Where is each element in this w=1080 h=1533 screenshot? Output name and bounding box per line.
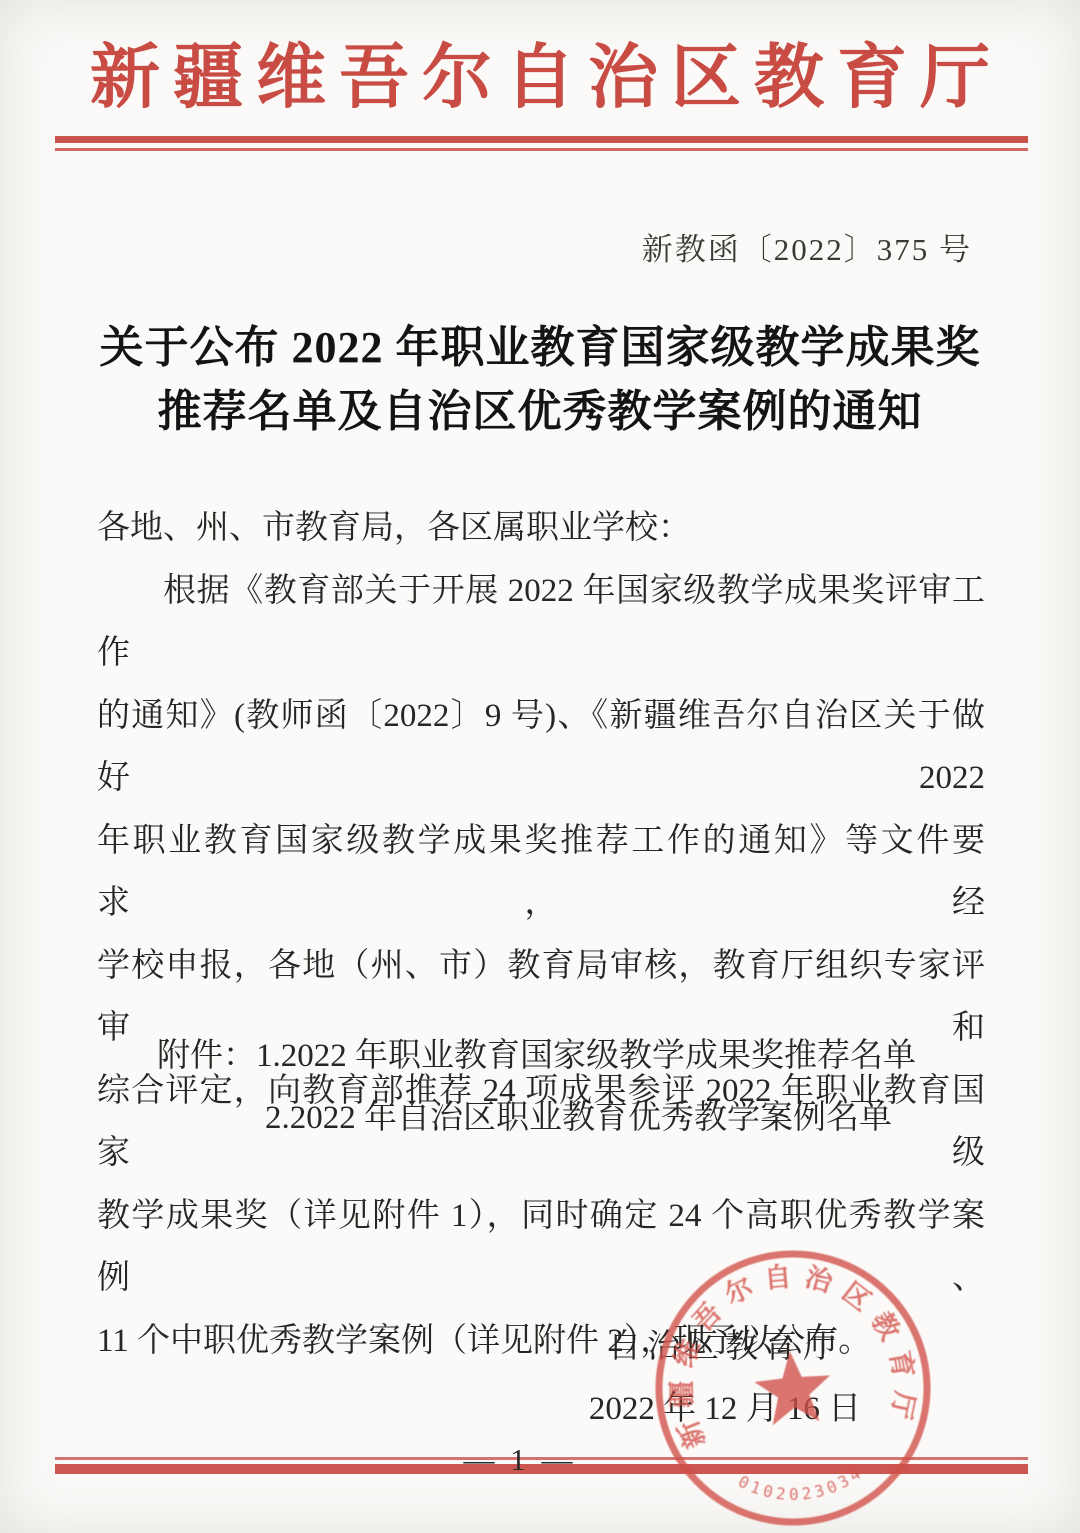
body-line: 根据《教育部关于开展 2022 年国家级教学成果奖评审工作 xyxy=(97,560,985,685)
body-line: 的通知》(教师函〔2022〕9 号)、《新疆维吾尔自治区关于做好 2022 xyxy=(97,685,985,810)
body-line: 教学成果奖（详见附件 1），同时确定 24 个高职优秀教学案例、 xyxy=(97,1185,985,1310)
letterhead-org-name: 新疆维吾尔自治区教育厅 xyxy=(0,38,1080,120)
attachment-item-2: 2.2022 年自治区职业教育优秀教学案例名单 xyxy=(265,1087,892,1149)
document-page: 新疆维吾尔自治区教育厅 新教函〔2022〕375 号 关于公布 2022 年职业… xyxy=(0,0,1080,1533)
attachments-label: 附件： xyxy=(97,1025,256,1087)
salutation-line: 各地、州、市教育局，各区属职业学校： xyxy=(97,497,985,560)
attachments-block: 附件： 1.2022 年职业教育国家级教学成果奖推荐名单 2.2022 年自治区… xyxy=(97,1025,985,1149)
letterhead-rule-thin xyxy=(55,148,1028,151)
attachment-item-1: 1.2022 年职业教育国家级教学成果奖推荐名单 xyxy=(256,1025,916,1087)
signature-block: 自治区教育厅 2022 年 12 月 16 日 xyxy=(540,1316,910,1440)
letterhead-rule-thick xyxy=(55,136,1028,143)
document-number: 新教函〔2022〕375 号 xyxy=(642,224,972,269)
document-title-line1: 关于公布 2022 年职业教育国家级教学成果奖 xyxy=(100,323,981,372)
body-line: 年职业教育国家级教学成果奖推荐工作的通知》等文件要求，经 xyxy=(97,810,985,935)
signature-date: 2022 年 12 月 16 日 xyxy=(540,1378,910,1440)
document-body: 各地、州、市教育局，各区属职业学校： 根据《教育部关于开展 2022 年国家级教… xyxy=(97,497,985,1372)
attachment-line: 2.2022 年自治区职业教育优秀教学案例名单 xyxy=(97,1087,985,1149)
document-title-line2: 推荐名单及自治区优秀教学案例的通知 xyxy=(158,387,923,436)
signature-org: 自治区教育厅 xyxy=(540,1316,910,1378)
page-number: — 1 — xyxy=(0,1442,1040,1478)
document-title: 关于公布 2022 年职业教育国家级教学成果奖 推荐名单及自治区优秀教学案例的通… xyxy=(60,316,1020,444)
letterhead-divider xyxy=(55,136,1028,151)
attachment-line: 附件： 1.2022 年职业教育国家级教学成果奖推荐名单 xyxy=(97,1025,985,1087)
